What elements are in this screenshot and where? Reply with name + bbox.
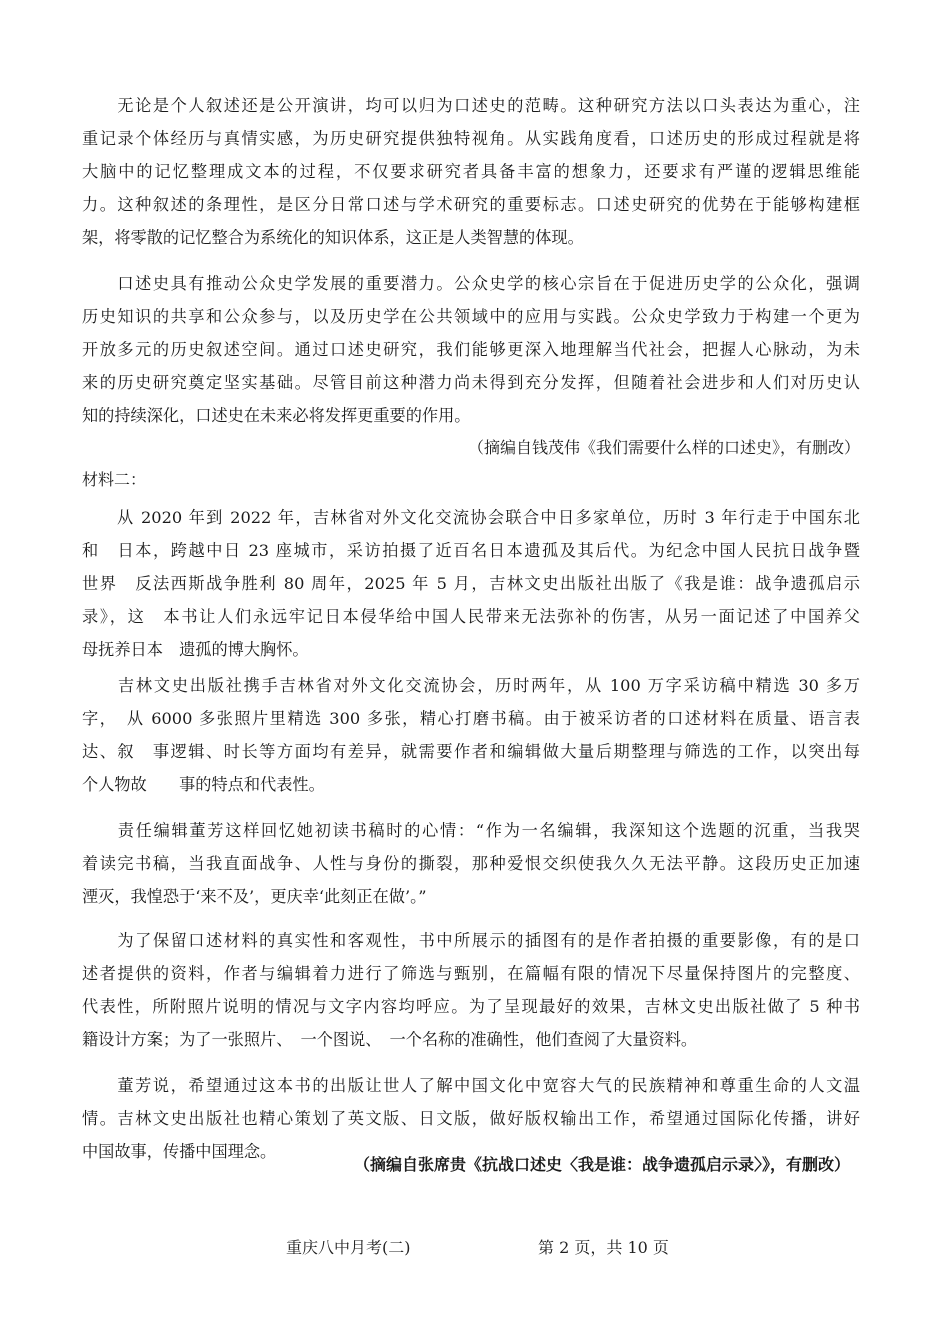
text-line: 代表性，所附照片说明的情况与文字内容均呼应。为了呈现最好的效果，吉林文史出版社做…: [82, 997, 860, 1017]
text-line: 录》，这 本书让人们永远牢记日本侵华给中国人民带来无法弥补的伤害，从另一面记述了…: [82, 607, 860, 627]
text-line: 吉林文史出版社携手吉林省对外文化交流协会，历时两年，从 100 万字采访稿中精选…: [82, 676, 860, 696]
text-line: 开放多元的历史叙述空间。通过口述史研究，我们能够更深入地理解当代社会，把握人心脉…: [82, 340, 860, 360]
text-line: 董芳说，希望通过这本书的出版让世人了解中国文化中宽容大气的民族精神和尊重生命的人…: [82, 1076, 860, 1096]
text-line: 世界 反法西斯战争胜利 80 周年，2025 年 5 月，吉林文史出版社出版了《…: [82, 574, 860, 594]
text-line: 和 日本，跨越中日 23 座城市，采访拍摄了近百名日本遗孤及其后代。为纪念中国人…: [82, 541, 860, 561]
text-line: 籍设计方案；为了一张照片、 一个图说、 一个名称的准确性，他们查阅了大量资料。: [82, 1030, 860, 1050]
footer-page-info: 第 2 页，共 10 页: [538, 1238, 669, 1258]
text-line: 字， 从 6000 多张照片里精选 300 多张，精心打磨书稿。由于被采访者的口…: [82, 709, 860, 729]
text-line: 情。吉林文史出版社也精心策划了英文版、日文版，做好版权输出工作，希望通过国际化传…: [82, 1109, 860, 1129]
source-citation-two-text: （摘编自张席贵《抗战口述史〈我是谁：战争遗孤启示录〉》，有删改）: [354, 1155, 850, 1175]
text-line: 大脑中的记忆整理成文本的过程，不仅要求研究者具备丰富的想象力，还要求有严谨的逻辑…: [82, 162, 860, 182]
text-line: 知的持续深化，口述史在未来必将发挥更重要的作用。: [82, 406, 860, 426]
text-line: 为了保留口述材料的真实性和客观性，书中所展示的插图有的是作者拍摄的重要影像，有的…: [82, 931, 860, 951]
text-line: 着读完书稿，当我直面战争、人性与身份的撕裂，那种爱恨交织使我久久无法平静。这段历…: [82, 854, 860, 874]
text-line: 力。这种叙述的条理性，是区分日常口述与学术研究的重要标志。口述史研究的优势在于能…: [82, 195, 860, 215]
text-line: 母抚养日本 遗孤的博大胸怀。: [82, 640, 860, 660]
text-line: 从 2020 年到 2022 年，吉林省对外文化交流协会联合中日多家单位，历时 …: [82, 508, 860, 528]
text-line: 湮灭，我惶恐于‘来不及’，更庆幸‘此刻正在做’。”: [82, 887, 860, 907]
text-line: 述者提供的资料，作者与编辑着力进行了筛选与甄别，在篇幅有限的情况下尽量保持图片的…: [82, 964, 860, 984]
material-two-label: 材料二：: [82, 470, 146, 490]
text-line: 历史知识的共享和公众参与，以及历史学在公共领域中的应用与实践。公众史学致力于构建…: [82, 307, 860, 327]
text-line: 架，将零散的记忆整合为系统化的知识体系，这正是人类智慧的体现。: [82, 228, 860, 248]
text-line: 无论是个人叙述还是公开演讲，均可以归为口述史的范畴。这种研究方法以口头表达为重心…: [82, 96, 860, 116]
text-line: 责任编辑董芳这样回忆她初读书稿时的心情：“作为一名编辑，我深知这个选题的沉重，当…: [82, 821, 860, 841]
source-citation-one: （摘编自钱茂伟《我们需要什么样的口述史》，有删改）: [468, 438, 860, 458]
text-line: 口述史具有推动公众史学发展的重要潜力。公众史学的核心宗旨在于促进历史学的公众化，…: [82, 274, 860, 294]
text-line: 重记录个体经历与真情实感，为历史研究提供独特视角。从实践角度看，口述历史的形成过…: [82, 129, 860, 149]
footer-exam-name: 重庆八中月考(二): [286, 1238, 411, 1258]
text-line: 来的历史研究奠定坚实基础。尽管目前这种潜力尚未得到充分发挥，但随着社会进步和人们…: [82, 373, 860, 393]
text-line: 个人物故 事的特点和代表性。: [82, 775, 860, 795]
text-line: 达、叙 事逻辑、时长等方面均有差异，就需要作者和编辑做大量后期整理与筛选的工作，…: [82, 742, 860, 762]
